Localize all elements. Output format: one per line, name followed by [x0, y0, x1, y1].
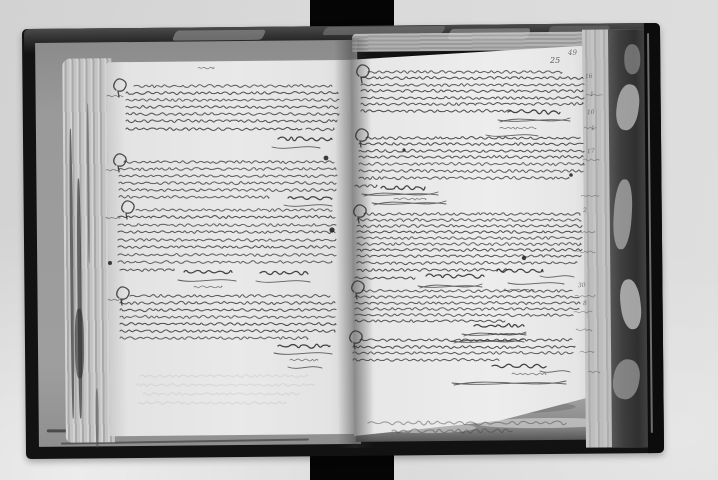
left-page	[106, 60, 372, 436]
cover-edge-highlight	[647, 33, 653, 433]
page-number: 25	[550, 57, 560, 65]
scan-photograph: 25 49 161101172308	[0, 0, 718, 480]
right-page	[350, 46, 596, 442]
wear-patch	[172, 30, 267, 41]
edge-stain	[95, 388, 99, 448]
torn-paper-patch	[610, 357, 642, 401]
edge-stain	[87, 103, 91, 263]
torn-paper-patch	[612, 179, 634, 250]
right-page-edge-stack	[582, 29, 650, 448]
edge-stain	[75, 308, 85, 378]
register-book	[22, 23, 664, 459]
edge-stain	[69, 129, 75, 419]
torn-paper-patch	[618, 278, 644, 330]
edge-stain	[76, 179, 82, 419]
torn-paper-patch	[614, 83, 642, 131]
torn-paper-patch	[624, 44, 640, 74]
folio-number: 49	[568, 50, 577, 57]
gutter-shadow	[334, 38, 374, 448]
